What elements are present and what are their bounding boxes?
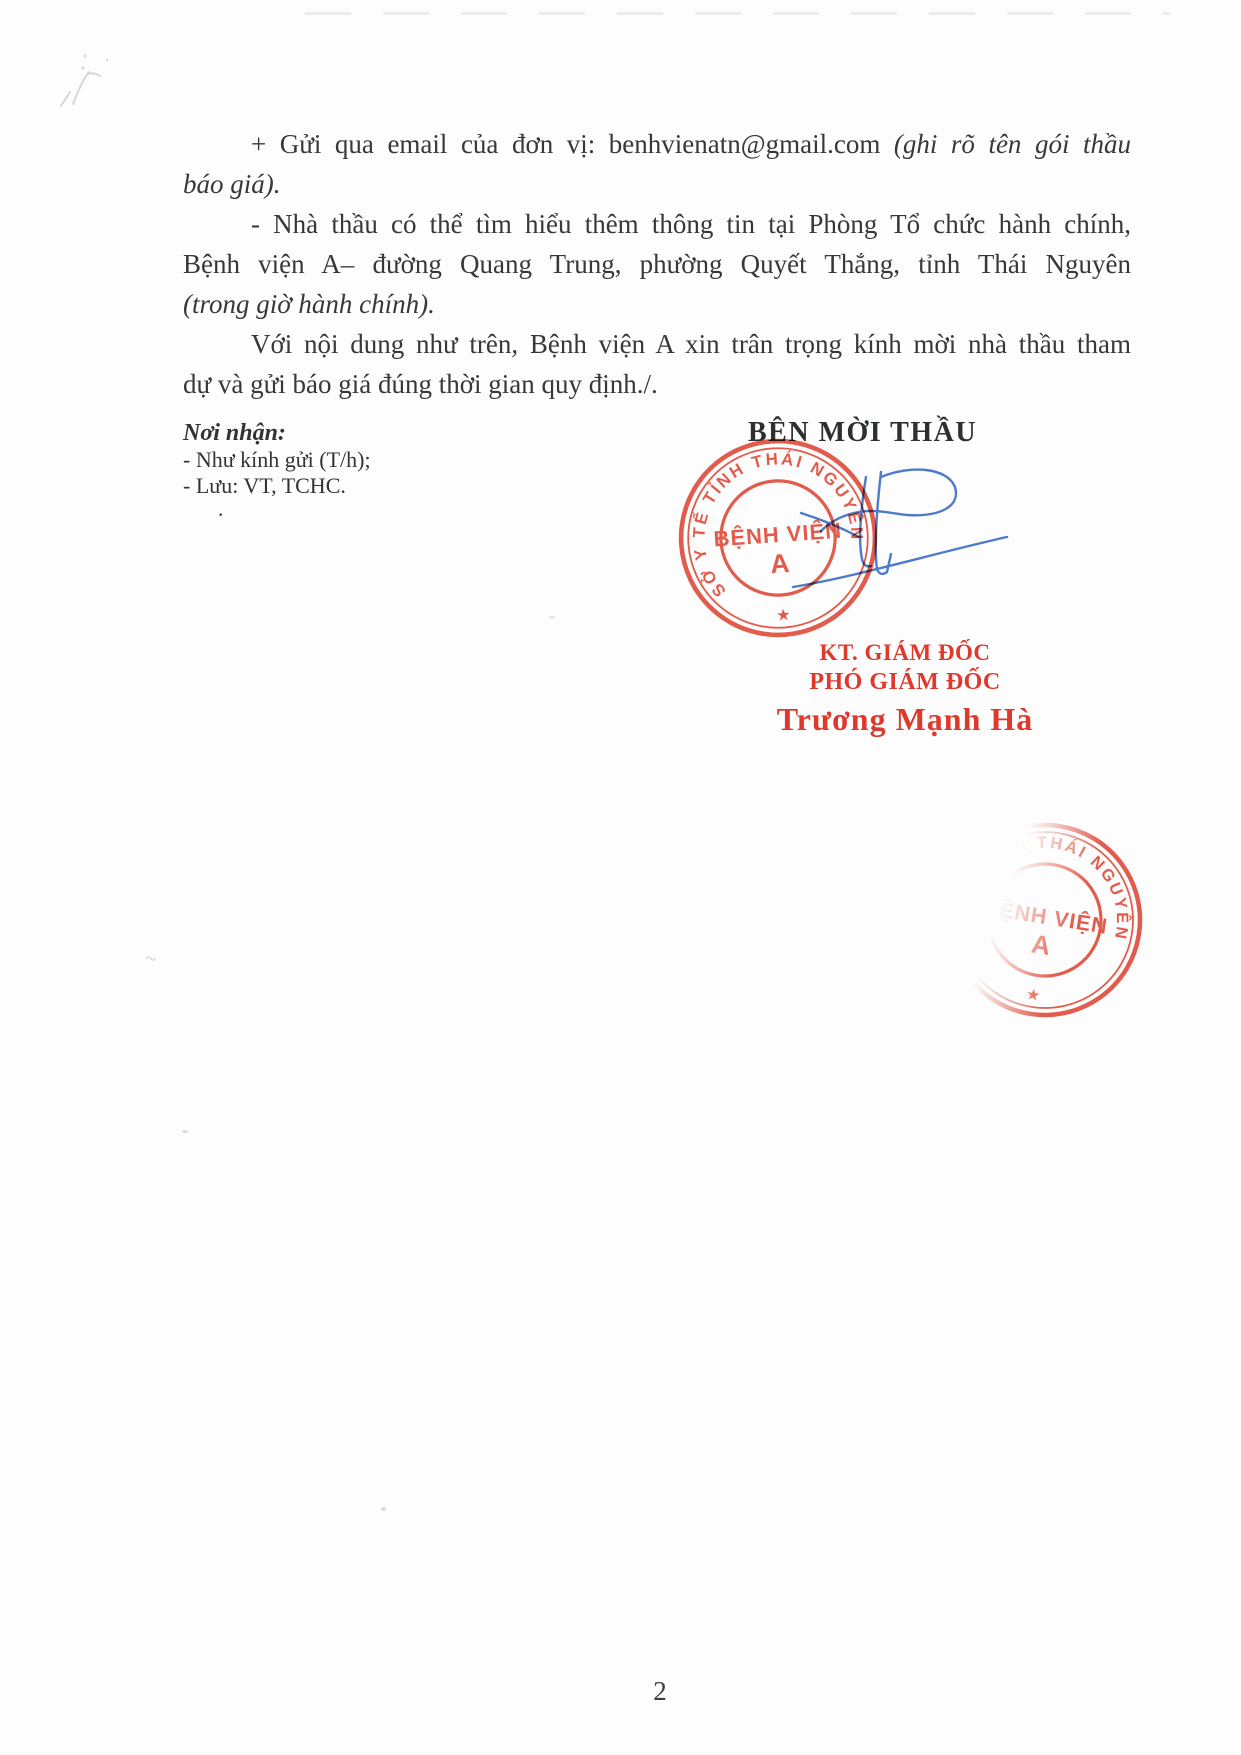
body-text-segment: Bệnh viện A– đường Quang Trung, phường Q…	[183, 249, 1131, 279]
body-line: - Nhà thầu có thể tìm hiểu thêm thông ti…	[183, 204, 1131, 244]
body-line: (trong giờ hành chính).	[183, 284, 1131, 324]
stray-dot-mark: .	[218, 496, 224, 522]
recipients-list: - Như kính gửi (T/h);- Lưu: VT, TCHC.	[183, 447, 371, 499]
pencil-mark-artifact	[55, 48, 135, 114]
partial-seal-stamp: SỞ Y TẾ TỈNH THÁI NGUYÊN BỆNH VIỆN A ★	[931, 806, 1160, 1035]
scan-edge-artifact	[305, 12, 1170, 15]
body-line: Với nội dung như trên, Bệnh viện A xin t…	[183, 324, 1131, 364]
body-text-segment: dự và gửi báo giá đúng thời gian quy địn…	[183, 369, 658, 399]
stamp-center-line2: A	[1029, 928, 1052, 961]
body-lines: + Gửi qua email của đơn vị: benhvienatn@…	[183, 124, 1131, 404]
recipient-item: - Lưu: VT, TCHC.	[183, 473, 371, 499]
body-text-segment: Với nội dung như trên, Bệnh viện A xin t…	[251, 329, 1131, 359]
body-text-segment: + Gửi qua email của đơn vị: benhvienatn@…	[251, 129, 894, 159]
recipients-heading: Nơi nhận:	[183, 419, 371, 447]
body-text-segment: - Nhà thầu có thể tìm hiểu thêm thông ti…	[251, 209, 1131, 239]
scan-speck	[381, 1507, 386, 1511]
stamp-star-icon: ★	[1025, 986, 1042, 1005]
body-line: báo giá).	[183, 164, 1131, 204]
body-line: + Gửi qua email của đơn vị: benhvienatn@…	[183, 124, 1131, 164]
recipients-block: Nơi nhận: - Như kính gửi (T/h);- Lưu: VT…	[183, 419, 371, 499]
recipient-item: - Như kính gửi (T/h);	[183, 447, 371, 473]
body-text-segment: (ghi rõ tên gói thầu	[894, 129, 1131, 159]
signer-block: KT. GIÁM ĐỐC PHÓ GIÁM ĐỐC Trương Mạnh Hà	[765, 640, 1045, 738]
document-page: ~ + Gửi qua email của đơn vị: benhvienat…	[0, 0, 1241, 1755]
body-text-segment: báo giá).	[183, 169, 281, 199]
signer-position-1: KT. GIÁM ĐỐC	[765, 640, 1045, 666]
signer-name: Trương Mạnh Hà	[765, 701, 1045, 738]
body-line: Bệnh viện A– đường Quang Trung, phường Q…	[183, 244, 1131, 284]
scan-speck	[182, 1130, 188, 1133]
scan-speck	[549, 616, 555, 619]
page-number: 2	[638, 1676, 682, 1707]
handwritten-signature	[735, 445, 1025, 605]
stamp-star-icon: ★	[775, 605, 791, 625]
body-line: dự và gửi báo giá đúng thời gian quy địn…	[183, 364, 1131, 404]
body-text-segment: (trong giờ hành chính).	[183, 289, 435, 319]
signer-position-2: PHÓ GIÁM ĐỐC	[765, 669, 1045, 696]
scan-tilde-artifact: ~	[143, 947, 158, 972]
